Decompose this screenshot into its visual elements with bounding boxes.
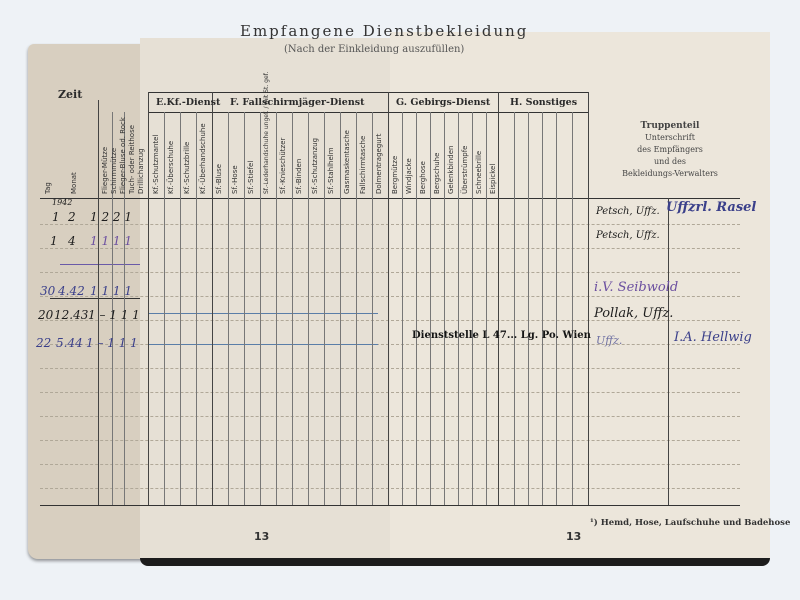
table-top-rule [148,92,588,93]
col-rule-fold [388,92,389,505]
col-header: Berghose [419,161,427,194]
col-rule [180,112,181,505]
col-header: Tuch- oder Reithose [128,125,136,194]
row-line [40,368,740,369]
col-header: Sf.-Binden [295,159,303,194]
group-f-header: F. Fallschirmjäger-Dienst [230,97,364,108]
col-rule [324,112,325,505]
col-header: Flieger-Mütze [101,147,109,194]
col-rule [244,112,245,505]
col-rule-truppenteil [588,92,589,505]
col-header: Schneebrille [475,151,483,194]
col-header: Sf.-Stahlhelm [327,147,335,194]
col-rule [276,112,277,505]
col-rule [472,112,473,505]
row-line [40,296,740,297]
col-header: Dolmentragegurt [375,134,383,194]
booklet [28,30,773,570]
truppenteil-line: Unterschrift [600,132,740,144]
col-rule [556,112,557,505]
col-header: Überstrümpfe [461,146,469,195]
col-rule-date [98,100,99,505]
entry-qty: 1 – 1 1 1 [86,336,138,350]
col-rule [528,112,529,505]
right-page-number: 13 [566,530,581,543]
col-header: Bergschuhe [433,153,441,194]
group-h-header: H. Sonstiges [510,97,577,108]
signature: i.V. Seibwold [594,280,678,295]
col-header: Fallschirmtasche [359,136,367,194]
entry-tag: 1 [52,210,60,224]
signature: Pollak, Uffz. [594,306,673,321]
row-line [40,392,740,393]
row-line [40,248,740,249]
truppenteil-header: Truppenteil Unterschrift des Empfängers … [600,120,740,180]
col-header: Eispickel [489,164,497,194]
row-line [40,488,740,489]
zeit-label: Zeit [58,88,82,101]
page-title: Empfangene Dienstbekleidung [240,22,528,40]
office-stamp: Dienststelle L 47... Lg. Po. Wien [412,330,591,341]
monat-label: Monat [70,172,78,194]
col-rule [514,112,515,505]
tag-label: Tag [44,182,52,194]
col-header: Windjacke [405,158,413,194]
signature: Uffzrl. Rasel [666,200,756,215]
signature: I.A. Hellwig [674,330,752,345]
col-rule-h [498,92,499,505]
entry-monat: 12.43 [54,308,88,322]
entry-tag: 22 [36,336,51,350]
page-edge-shadow [140,558,770,566]
group-e-header: E.Kf.-Dienst [156,97,220,108]
col-header: Bergmütze [391,156,399,194]
col-header: Kf.-Überhandschuhe [199,123,207,194]
col-rule [416,112,417,505]
ink-rule [148,344,378,345]
col-rule [444,112,445,505]
col-rule [430,112,431,505]
truppenteil-line: Bekleidungs-Verwalters [600,168,740,180]
col-rule [228,112,229,505]
entry-qty: 1 1 1 1 [90,284,132,298]
entry-monat: 2 [68,210,76,224]
entry-monat: 5.44 [56,336,83,350]
row-line [40,224,740,225]
entry-tag: 30 [40,284,55,298]
col-rule [458,112,459,505]
signature: Petsch, Uffz. [596,230,660,241]
truppenteil-line: des Empfängers [600,144,740,156]
col-header: Sf.-Hose [231,165,239,194]
entry-qty: 1 – 1 1 1 [88,308,140,322]
truppenteil-line: und des [600,156,740,168]
col-rule [372,112,373,505]
col-header: Sf.-Bluse [215,164,223,194]
page-subtitle: (Nach der Einkleidung auszufüllen) [284,44,464,55]
entry-qty: 1 2 2 1 [90,210,132,224]
row-line [40,272,740,273]
row-line [40,416,740,417]
col-header: Schirmmütze [110,148,118,194]
col-rule [356,112,357,505]
group-header-rule [148,112,588,113]
col-rule-e [148,92,149,505]
col-header: Flieger-Bluse od. Rock [119,117,127,194]
col-header: Kf.-Schutzmantel [152,135,160,194]
row-line [40,344,740,345]
col-header: Drillichanzug [137,148,145,194]
col-rule-f [212,92,213,505]
signature: Uffz. [596,334,622,347]
row-line [40,464,740,465]
col-header: Sf.-Schutzanzug [311,138,319,194]
col-header: Gelenkbinden [447,146,455,194]
col-header: Kf.-Schutzbrille [183,142,191,194]
col-rule [164,112,165,505]
entry-tag: 1 [50,234,58,248]
right-page [390,32,770,558]
col-rule [572,112,573,505]
col-header: Sf.-Knieschützer [279,138,287,194]
col-rule [260,112,261,505]
col-header: Gasmaskentasche [343,130,351,194]
entry-monat: 4 [68,234,76,248]
entry-tag: 20 [38,308,53,322]
col-rule [340,112,341,505]
signature: Petsch, Uffz. [596,206,660,217]
col-rule [308,112,309,505]
col-header: Sf.-Stiefel [247,161,255,194]
header-bottom-rule [40,198,740,199]
entry-year: 1942 [52,198,72,207]
col-rule [292,112,293,505]
left-page-number: 13 [254,530,269,543]
entry-qty: 1 1 1 1 [90,234,132,248]
col-rule [196,112,197,505]
row-rule-1 [50,298,140,299]
left-back-page [28,44,148,559]
col-rule-sign [668,198,669,505]
col-rule [542,112,543,505]
group-g-header: G. Gebirgs-Dienst [396,97,490,108]
col-rule [486,112,487,505]
row-line [40,440,740,441]
truppenteil-title: Truppenteil [600,120,740,132]
ink-rule [60,264,140,265]
ink-rule [148,313,378,314]
col-header: Kf.-Überschuhe [167,141,175,194]
footnote: ¹) Hemd, Hose, Laufschuhe und Badehose [590,518,790,528]
col-header: Sf.-Lederhandschuhe ungef. / mit St. gef… [263,72,270,194]
entry-monat: 4.42 [58,284,85,298]
col-rule [402,112,403,505]
table-bottom-rule [40,505,740,506]
